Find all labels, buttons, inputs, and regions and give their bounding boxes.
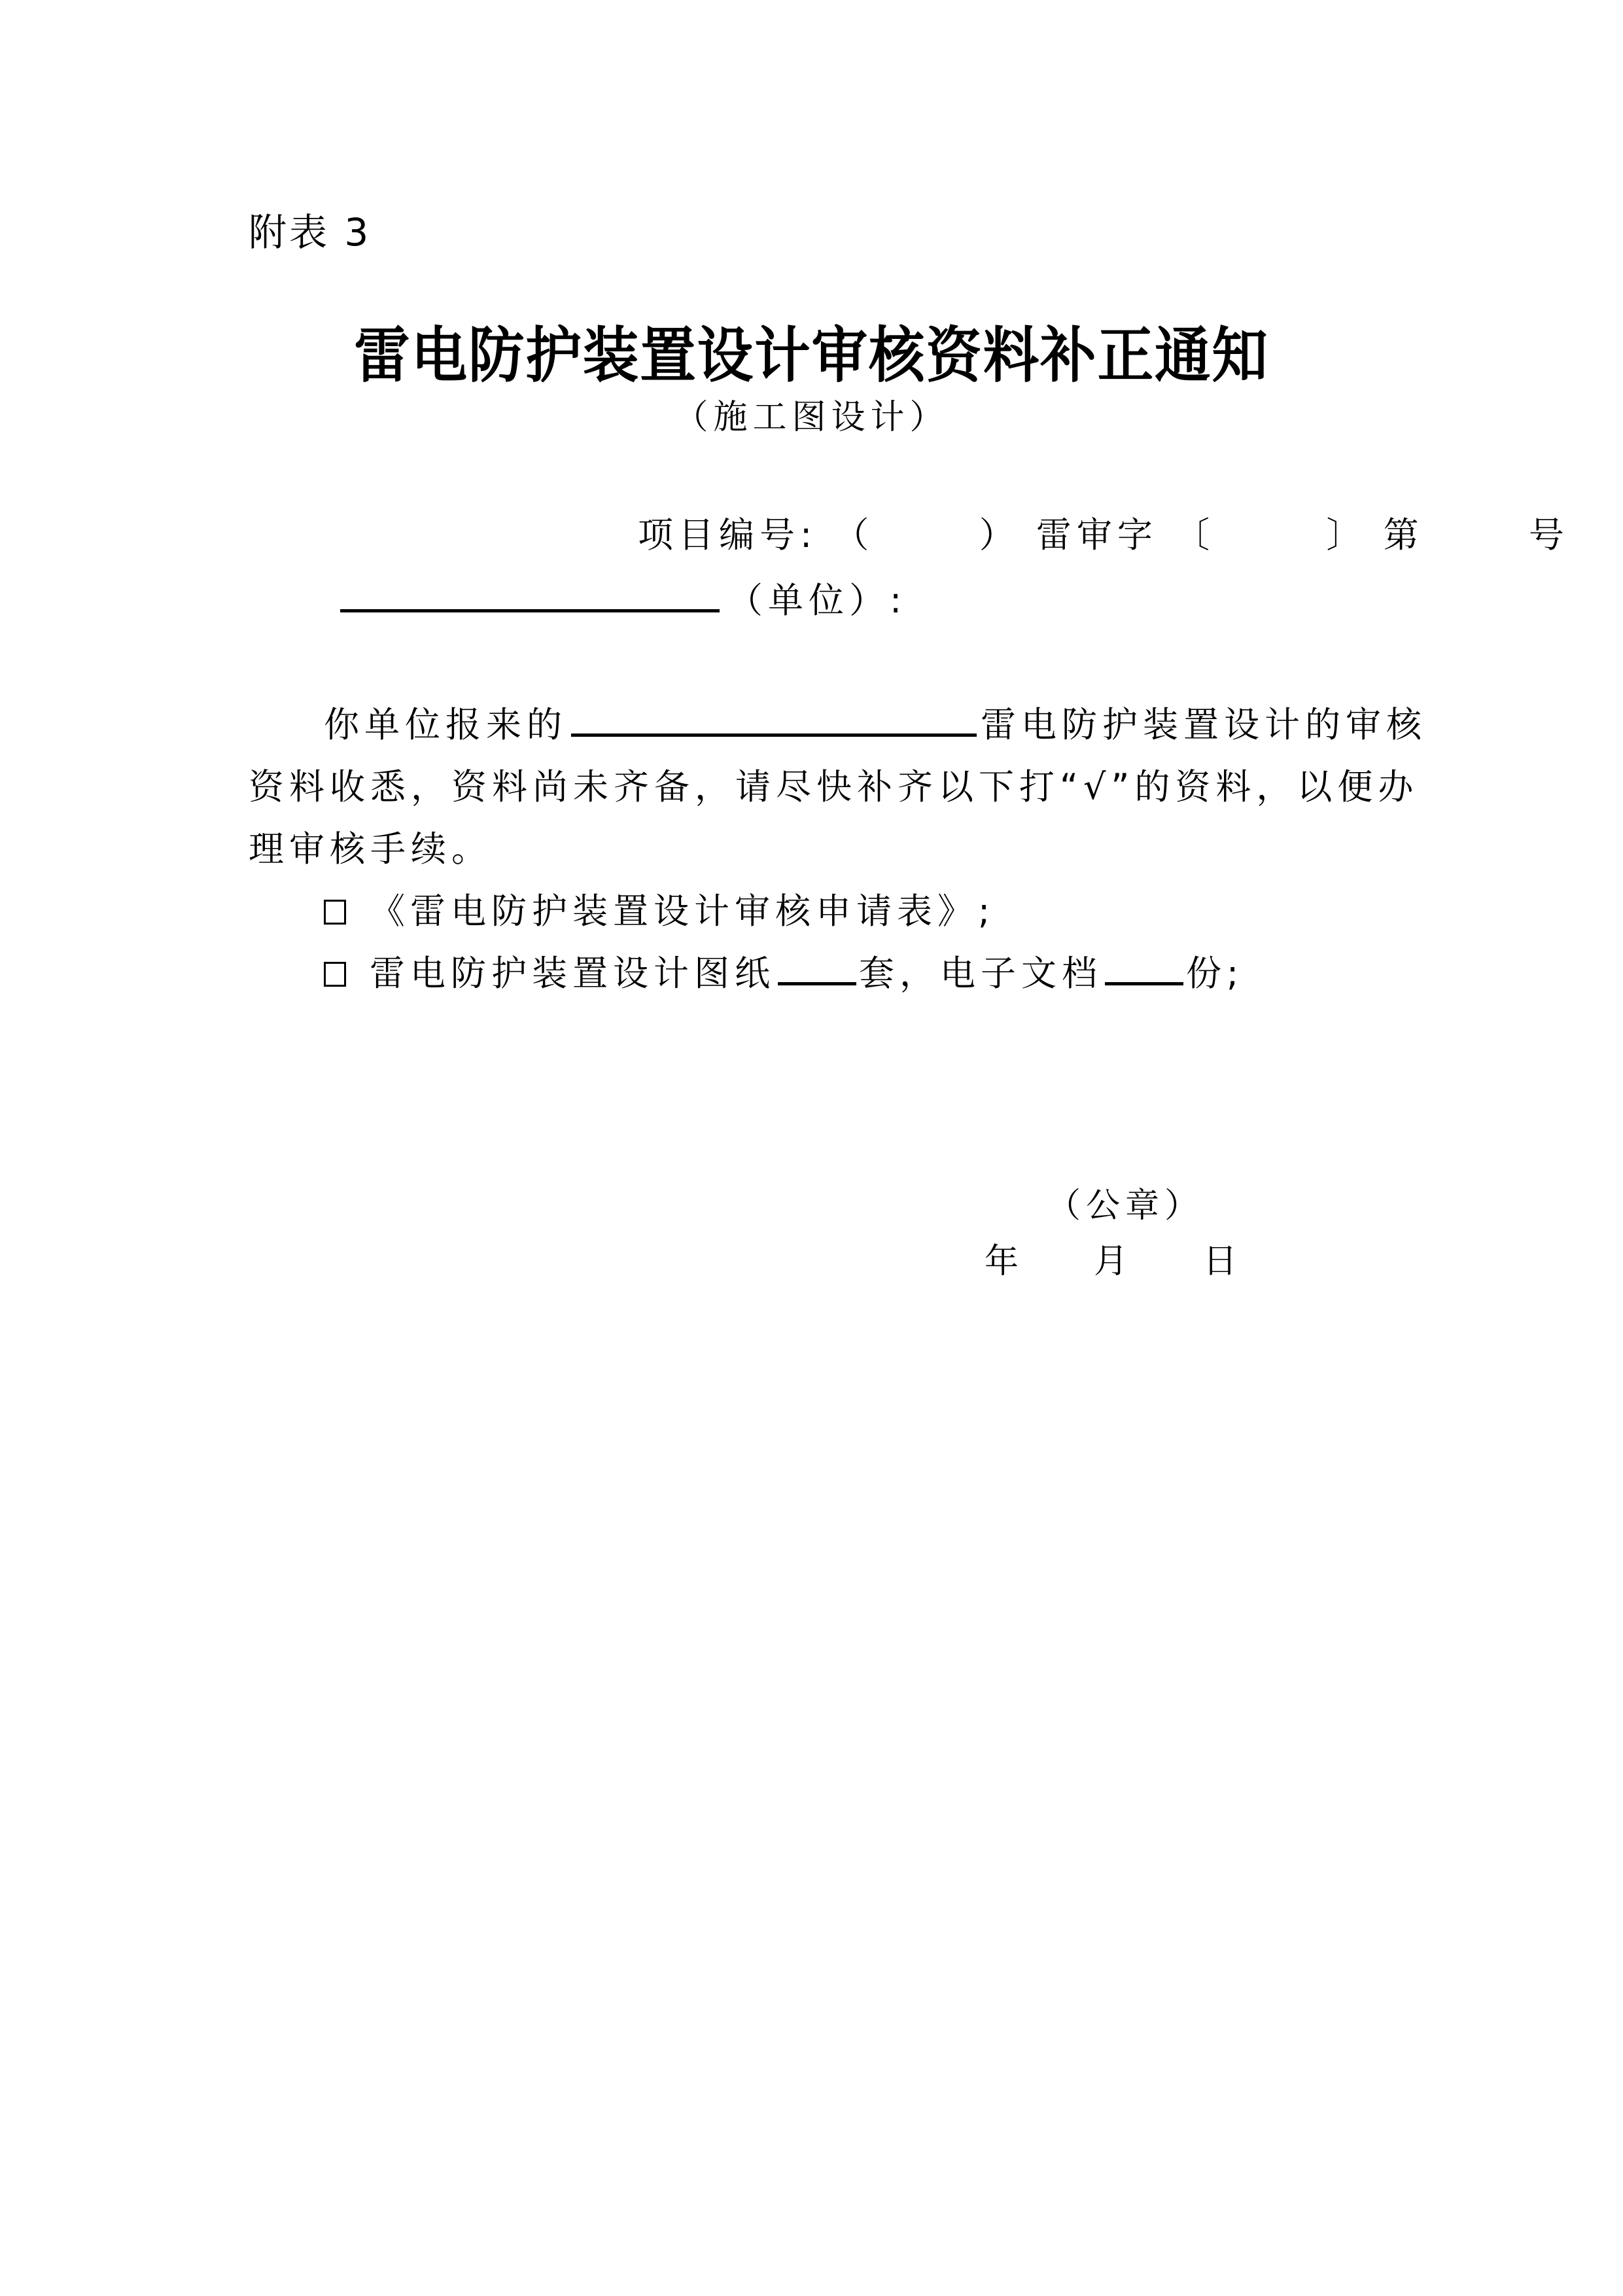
date-line: 年月日 — [985, 1233, 1237, 1282]
paragraph-prefix: 你单位报来的 — [324, 704, 567, 745]
paragraph-line-1: 你单位报来的雷电防护装置设计的审核 — [324, 697, 1427, 747]
day-label: 日 — [1203, 1233, 1237, 1282]
electronic-copies-field[interactable] — [1105, 948, 1183, 985]
recipient-suffix: （单位）: — [727, 580, 907, 621]
checkbox-design-drawings[interactable] — [324, 962, 346, 987]
checklist-item-text-part3: 份; — [1186, 953, 1244, 994]
close-paren: ） — [979, 507, 1020, 557]
annex-label: 附表 3 — [249, 202, 371, 256]
project-number-label: 项目编号: — [638, 507, 817, 557]
paragraph-line-2: 资料收悉，资料尚未齐备，请尽快补齐以下打“√”的资料，以便办 — [249, 759, 1418, 809]
project-name-field[interactable] — [571, 699, 977, 737]
drawing-sets-field[interactable] — [778, 948, 856, 985]
document-title: 雷电防护装置设计审核资料补正通知 — [57, 308, 1566, 394]
paragraph-line-3: 理审核手续。 — [249, 821, 492, 872]
checklist-item-text-part2: 套，电子文档 — [859, 953, 1102, 994]
project-number-line: 项目编号: （ ） 雷审字 〔 〕 第 号 — [638, 507, 1569, 557]
seq-suffix: 号 — [1529, 507, 1569, 557]
seq-prefix: 第 — [1384, 507, 1424, 557]
year-label: 年 — [985, 1233, 1019, 1282]
close-bracket: 〕 — [1326, 507, 1367, 557]
checklist-item-text: 《雷电防护装置设计审核申请表》; — [370, 891, 995, 932]
checklist-item-application-form: 《雷电防护装置设计审核申请表》; — [324, 883, 995, 934]
checklist-item-text-part1: 雷电防护装置设计图纸 — [370, 953, 775, 994]
recipient-unit-field[interactable] — [340, 575, 720, 612]
document-subtitle: （施工图设计） — [0, 389, 1623, 438]
checklist-item-design-drawings: 雷电防护装置设计图纸套，电子文档份; — [324, 945, 1244, 996]
official-seal-label: （公章） — [1047, 1178, 1204, 1227]
open-bracket: 〔 — [1174, 507, 1215, 557]
word-prefix: 雷审字 — [1036, 507, 1158, 557]
checkbox-application-form[interactable] — [324, 900, 346, 925]
paragraph-line1-suffix: 雷电防护装置设计的审核 — [981, 704, 1427, 745]
month-label: 月 — [1094, 1233, 1128, 1282]
open-paren: （ — [833, 507, 874, 557]
recipient-line: （单位）: — [340, 573, 907, 623]
